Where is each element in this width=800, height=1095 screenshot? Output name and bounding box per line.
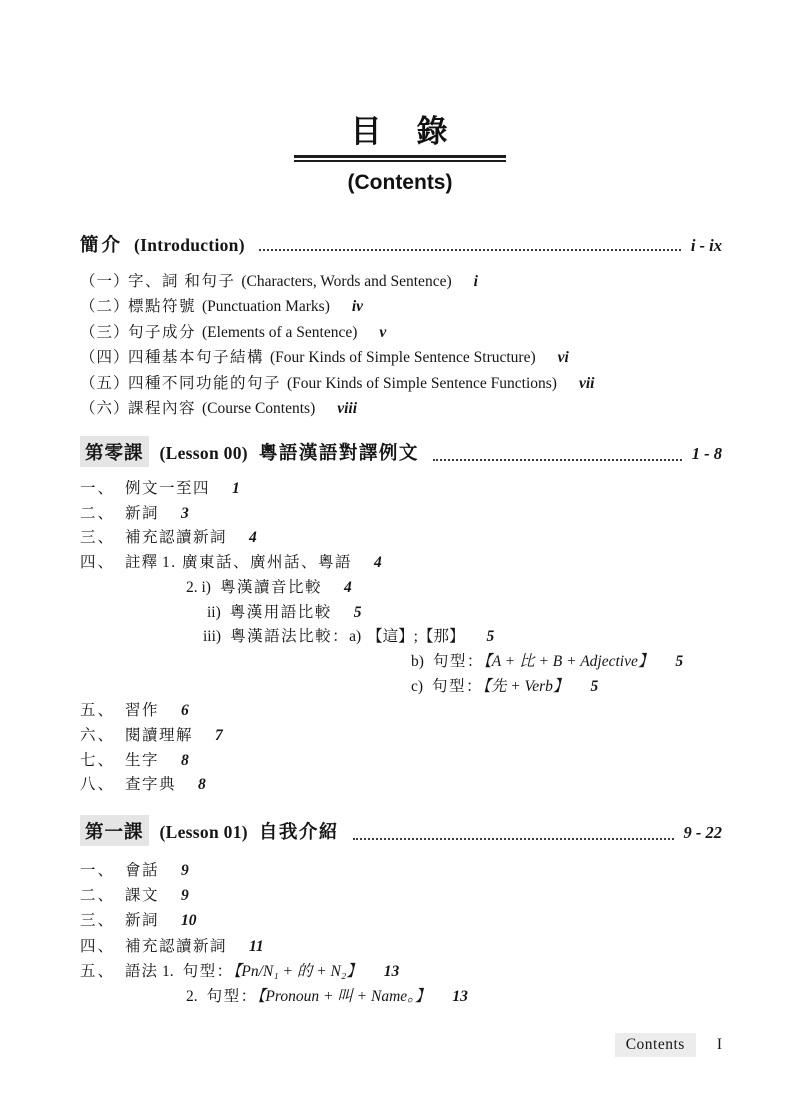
- title-double-underline: [294, 155, 506, 162]
- page-range: 1 - 8: [692, 444, 722, 464]
- toc-row: c)句型：【先 + Verb】5: [80, 675, 722, 700]
- item-number: （三）: [80, 320, 128, 345]
- item-text-english: (Characters, Words and Sentence): [241, 273, 451, 290]
- toc-row: （一）字、詞 和句子(Characters, Words and Sentenc…: [80, 269, 722, 294]
- item-page-number: 5: [590, 678, 598, 695]
- toc-row: 八、查字典8: [80, 773, 722, 798]
- item-text-chinese: 粵漢用語比較: [230, 604, 332, 621]
- item-subtext-chinese: 句型：: [183, 963, 234, 980]
- heading-title-english: (Introduction): [134, 235, 245, 256]
- item-text-chinese: 字、詞 和句子: [128, 273, 235, 290]
- item-page-number: iv: [352, 298, 363, 315]
- toc-row: 五、習作6: [80, 699, 722, 724]
- item-text-chinese: 補充認讀新詞: [125, 529, 227, 546]
- item-number: ii): [207, 604, 221, 621]
- toc-row: 四、補充認讀新詞11: [80, 934, 722, 959]
- toc-item-list: （一）字、詞 和句子(Characters, Words and Sentenc…: [80, 269, 722, 421]
- item-page-number: 13: [452, 988, 468, 1005]
- toc-row: b)句型：【A + 比 + B + Adjective】5: [80, 650, 722, 675]
- item-text-chinese: 會話: [125, 862, 159, 879]
- item-page-number: v: [379, 324, 386, 341]
- dot-leader: [353, 838, 674, 840]
- item-page-number: viii: [337, 400, 357, 417]
- item-formula: 【A + 比 + B + Adjective】: [484, 653, 653, 670]
- item-formula: 【這】;【那】: [367, 628, 464, 645]
- item-number: 四、: [80, 934, 125, 959]
- toc-row: （六）課程內容(Course Contents)viii: [80, 396, 722, 421]
- dot-leader: [259, 249, 681, 251]
- item-number: （六）: [80, 396, 128, 421]
- toc-item-list: 一、會話9 二、課文9 三、新詞10 四、補充認讀新詞11 五、語法1.句型：【…: [80, 858, 722, 1009]
- item-page-number: 10: [181, 912, 197, 929]
- toc-row: 七、生字8: [80, 749, 722, 774]
- item-text-chinese: 課文: [125, 887, 159, 904]
- toc-row: 五、語法1.句型：【Pn/N₁ + 的 + N₂】13: [80, 959, 722, 984]
- toc-row: 四、註釋1. 廣東話、廣州話、粵語4: [80, 551, 722, 576]
- item-text-chinese: 標點符號: [128, 298, 196, 315]
- item-number: （一）: [80, 269, 128, 294]
- toc-row: 二、課文9: [80, 883, 722, 908]
- page-title-block: 目 錄 (Contents): [0, 114, 800, 195]
- item-formula: 【Pronoun + 叫 + Name。】: [258, 988, 431, 1005]
- item-page-number: 4: [249, 529, 257, 546]
- toc-row: 2.句型：【Pronoun + 叫 + Name。】13: [80, 984, 722, 1009]
- item-text-chinese: 生字: [125, 752, 159, 769]
- toc-row: 三、補充認讀新詞4: [80, 526, 722, 551]
- item-text-chinese: 四種不同功能的句子: [128, 375, 281, 392]
- item-subtext-chinese: 句型：: [207, 988, 258, 1005]
- item-subtext-chinese: 1. 廣東話、廣州話、粵語: [162, 554, 352, 571]
- item-text-chinese: 習作: [125, 702, 159, 719]
- item-number: 五、: [80, 699, 125, 724]
- toc-row: （三）句子成分(Elements of a Sentence)v: [80, 320, 722, 345]
- item-number: 三、: [80, 908, 125, 933]
- item-sub-number: 1.: [162, 963, 174, 980]
- section-introduction: 簡介 (Introduction) i - ix （一）字、詞 和句子(Char…: [80, 231, 722, 421]
- item-sub-letter: c): [411, 678, 423, 695]
- toc-row: 2. i)粵漢讀音比較4: [80, 576, 722, 601]
- toc-row: iii)粵漢語法比較：a)【這】;【那】5: [80, 625, 722, 650]
- item-number: 八、: [80, 773, 125, 798]
- toc-row: （五）四種不同功能的句子(Four Kinds of Simple Senten…: [80, 371, 722, 396]
- item-label-chinese: 句型：: [432, 678, 483, 695]
- item-text-chinese: 粵漢讀音比較: [220, 579, 322, 596]
- item-page-number: 8: [181, 752, 189, 769]
- lesson-badge: 第一課: [80, 815, 149, 846]
- toc-row: 一、例文一至四1: [80, 477, 722, 502]
- item-number: （五）: [80, 371, 128, 396]
- item-text-chinese: 粵漢語法比較：: [230, 628, 349, 645]
- item-text-english: (Four Kinds of Simple Sentence Structure…: [270, 349, 536, 366]
- item-number: 二、: [80, 883, 125, 908]
- item-number: 七、: [80, 749, 125, 774]
- item-page-number: 1: [232, 480, 240, 497]
- item-page-number: 9: [181, 887, 189, 904]
- item-page-number: 5: [675, 653, 683, 670]
- item-number: （二）: [80, 294, 128, 319]
- item-number: 六、: [80, 724, 125, 749]
- item-sub-letter: b): [411, 653, 424, 670]
- toc-row: 六、閱讀理解7: [80, 724, 722, 749]
- section-heading: 第一課 (Lesson 01) 自我介紹 9 - 22: [80, 815, 722, 846]
- item-number: 2. i): [186, 579, 211, 596]
- item-text-chinese: 查字典: [125, 776, 176, 793]
- section-lesson-01: 第一課 (Lesson 01) 自我介紹 9 - 22 一、會話9 二、課文9 …: [80, 815, 722, 1009]
- item-number: iii): [203, 628, 221, 645]
- footer-page-number: I: [717, 1036, 722, 1054]
- item-text-chinese: 句子成分: [128, 324, 196, 341]
- item-page-number: 4: [344, 579, 352, 596]
- item-page-number: i: [474, 273, 478, 290]
- item-page-number: 9: [181, 862, 189, 879]
- toc-row: ii)粵漢用語比較5: [80, 601, 722, 626]
- item-number: 四、: [80, 551, 125, 576]
- item-label-chinese: 句型：: [433, 653, 484, 670]
- toc-row: （二）標點符號(Punctuation Marks)iv: [80, 294, 722, 319]
- heading-title-chinese: 簡介: [80, 231, 123, 257]
- dot-leader: [433, 459, 682, 461]
- item-page-number: vii: [579, 375, 595, 392]
- item-text-english: (Course Contents): [202, 400, 315, 417]
- item-text-english: (Punctuation Marks): [202, 298, 330, 315]
- item-number: 五、: [80, 959, 125, 984]
- item-page-number: 4: [374, 554, 382, 571]
- toc-row: 一、會話9: [80, 858, 722, 883]
- lesson-badge: 第零課: [80, 436, 149, 467]
- item-page-number: 7: [215, 727, 223, 744]
- item-label-chinese: 註釋: [125, 551, 162, 576]
- item-sub-number: 2.: [186, 988, 198, 1005]
- toc-item-list: 一、例文一至四1 二、新詞3 三、補充認讀新詞4 四、註釋1. 廣東話、廣州話、…: [80, 477, 722, 798]
- page-footer: Contents I: [615, 1033, 722, 1057]
- heading-title-chinese: 粵語漢語對譯例文: [259, 439, 419, 465]
- item-number: 一、: [80, 858, 125, 883]
- document-page: 目 錄 (Contents) 簡介 (Introduction) i - ix …: [0, 0, 800, 1095]
- item-text-english: (Elements of a Sentence): [202, 324, 357, 341]
- section-heading: 第零課 (Lesson 00) 粵語漢語對譯例文 1 - 8: [80, 436, 722, 467]
- item-text-chinese: 補充認讀新詞: [125, 938, 227, 955]
- section-heading: 簡介 (Introduction) i - ix: [80, 231, 722, 257]
- item-page-number: 3: [181, 505, 189, 522]
- toc-row: 二、新詞3: [80, 502, 722, 527]
- footer-section-label: Contents: [615, 1033, 696, 1057]
- item-formula: 【Pn/N₁ + 的 + N₂】: [234, 963, 362, 980]
- item-text-chinese: 課程內容: [128, 400, 196, 417]
- item-page-number: 5: [486, 628, 494, 645]
- item-text-chinese: 新詞: [125, 912, 159, 929]
- item-number: 三、: [80, 526, 125, 551]
- item-formula: 【先 + Verb】: [483, 678, 568, 695]
- item-number: 二、: [80, 502, 125, 527]
- page-range: i - ix: [691, 236, 722, 256]
- page-title-chinese: 目 錄: [0, 114, 800, 150]
- item-page-number: 6: [181, 702, 189, 719]
- page-range: 9 - 22: [684, 823, 723, 843]
- page-title-english: (Contents): [0, 171, 800, 195]
- heading-lesson-english: (Lesson 00): [160, 443, 248, 464]
- item-text-english: (Four Kinds of Simple Sentence Functions…: [287, 375, 557, 392]
- heading-lesson-english: (Lesson 01): [160, 822, 248, 843]
- item-page-number: 5: [354, 604, 362, 621]
- item-page-number: 11: [249, 938, 264, 955]
- item-text-chinese: 四種基本句子結構: [128, 349, 264, 366]
- item-page-number: 13: [384, 963, 400, 980]
- item-number: （四）: [80, 345, 128, 370]
- toc-row: （四）四種基本句子結構(Four Kinds of Simple Sentenc…: [80, 345, 722, 370]
- item-number: 一、: [80, 477, 125, 502]
- item-text-chinese: 閱讀理解: [125, 727, 193, 744]
- heading-title-chinese: 自我介紹: [259, 818, 339, 844]
- item-text-chinese: 例文一至四: [125, 480, 210, 497]
- item-sub-letter: a): [349, 628, 361, 645]
- section-lesson-00: 第零課 (Lesson 00) 粵語漢語對譯例文 1 - 8 一、例文一至四1 …: [80, 436, 722, 798]
- item-page-number: 8: [198, 776, 206, 793]
- item-page-number: vi: [558, 349, 569, 366]
- toc-row: 三、新詞10: [80, 908, 722, 933]
- item-text-chinese: 新詞: [125, 505, 159, 522]
- item-label-chinese: 語法: [125, 959, 162, 984]
